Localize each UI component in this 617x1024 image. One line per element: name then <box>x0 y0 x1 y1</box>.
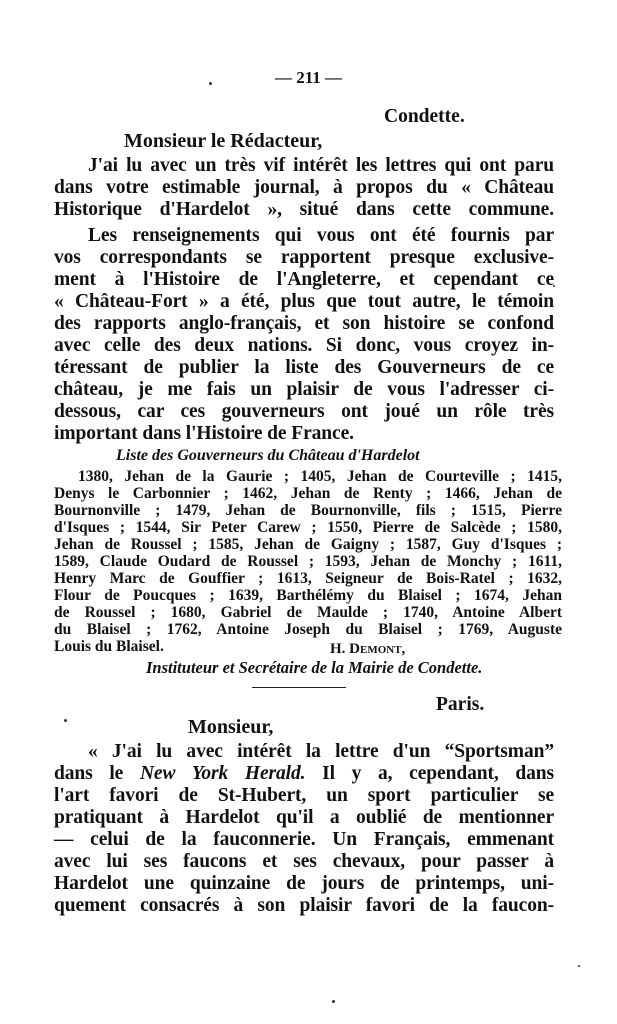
scan-speck <box>64 719 67 722</box>
letter1-line: Historique d'Hardelot », situé dans cett… <box>54 199 554 221</box>
letter2-line: l'art favori de St-Hubert, un sport part… <box>54 785 554 807</box>
letter1-line: des rapports anglo-français, et son hist… <box>54 313 554 335</box>
scan-speck <box>553 285 555 287</box>
letter1-line: ment à l'Histoire de l'Angleterre, et ce… <box>54 269 554 291</box>
letter1-line: J'ai lu avec un très vif intérêt les let… <box>88 155 554 177</box>
governors-list-line: 1380, Jehan de la Gaurie ; 1405, Jehan d… <box>78 468 562 486</box>
letter1-line: important dans l'Histoire de France. <box>54 423 554 445</box>
signature-title: Instituteur et Secrétaire de la Mairie d… <box>146 658 482 678</box>
letter2-line: avec lui ses faucons et ses chevaux, pou… <box>54 851 554 873</box>
letter1-line: avec celle des deux nations. Si donc, vo… <box>54 335 554 357</box>
letter1-place: Condette. <box>384 106 465 128</box>
letter1-line: téressant de publier la liste des Gouver… <box>54 357 554 379</box>
letter1-line: château, je me fais un plaisir de vous l… <box>54 379 554 401</box>
letter2-line: quement consacrés à son plaisir favori d… <box>54 895 554 917</box>
scan-speck <box>578 965 580 967</box>
letter1-line: dessous, car ces gouverneurs ont joué un… <box>54 401 554 423</box>
governors-list-line: d'Isques ; 1544, Sir Peter Carew ; 1550,… <box>54 519 562 537</box>
letter1-line: Les renseignements qui vous ont été four… <box>88 225 554 247</box>
scan-speck <box>332 1000 335 1003</box>
signature-name: H. Demont, <box>330 641 405 658</box>
governors-list-line: Denys le Carbonnier ; 1462, Jehan de Ren… <box>54 485 562 503</box>
governors-list-line: de Roussel ; 1680, Gabriel de Maulde ; 1… <box>54 604 562 622</box>
governors-list-line: Louis du Blaisel. <box>54 638 562 656</box>
book-page: — 211 — Condette. Monsieur le Rédacteur,… <box>0 0 617 1024</box>
letter2-line: pratiquant à Hardelot qu'il a oublié de … <box>54 807 554 829</box>
governors-list-line: du Blaisel ; 1762, Antoine Joseph du Bla… <box>54 621 562 639</box>
letter2-salutation: Monsieur, <box>188 716 273 739</box>
letter2-line: « J'ai lu avec intérêt la lettre d'un “S… <box>88 741 554 763</box>
letter2-text: dans le <box>54 763 140 784</box>
governors-list-line: Flour de Poucques ; 1639, Barthélémy du … <box>54 587 562 605</box>
letter2-line: — celui de la fauconnerie. Un Français, … <box>54 829 554 851</box>
letter2-line: dans le New York Herald. Il y a, cependa… <box>54 763 554 785</box>
governors-list-line: Henry Marc de Gouffier ; 1613, Seigneur … <box>54 570 562 588</box>
publication-name: New York Herald. <box>140 763 305 784</box>
section-divider <box>252 687 346 688</box>
governors-list-line: Bournonville ; 1479, Jehan de Bournonvil… <box>54 502 562 520</box>
governors-list-line: 1589, Claude Oudard de Roussel ; 1593, J… <box>54 553 562 571</box>
letter1-line: dans votre estimable journal, à propos d… <box>54 177 554 199</box>
governors-list-line: Jehan de Roussel ; 1585, Jehan de Gaigny… <box>54 536 562 554</box>
letter1-salutation: Monsieur le Rédacteur, <box>124 130 322 153</box>
letter2-place: Paris. <box>436 694 484 716</box>
letter2-line: Hardelot une quinzaine de jours de print… <box>54 873 554 895</box>
letter1-line: « Château-Fort » a été, plus que tout au… <box>54 291 554 313</box>
scan-speck <box>209 82 212 85</box>
governors-list-heading: Liste des Gouverneurs du Château d'Harde… <box>116 447 420 465</box>
page-number: — 211 — <box>0 68 617 88</box>
letter2-text: Il y a, cependant, dans <box>305 763 554 784</box>
letter1-line: vos correspondants se rapportent presque… <box>54 247 554 269</box>
